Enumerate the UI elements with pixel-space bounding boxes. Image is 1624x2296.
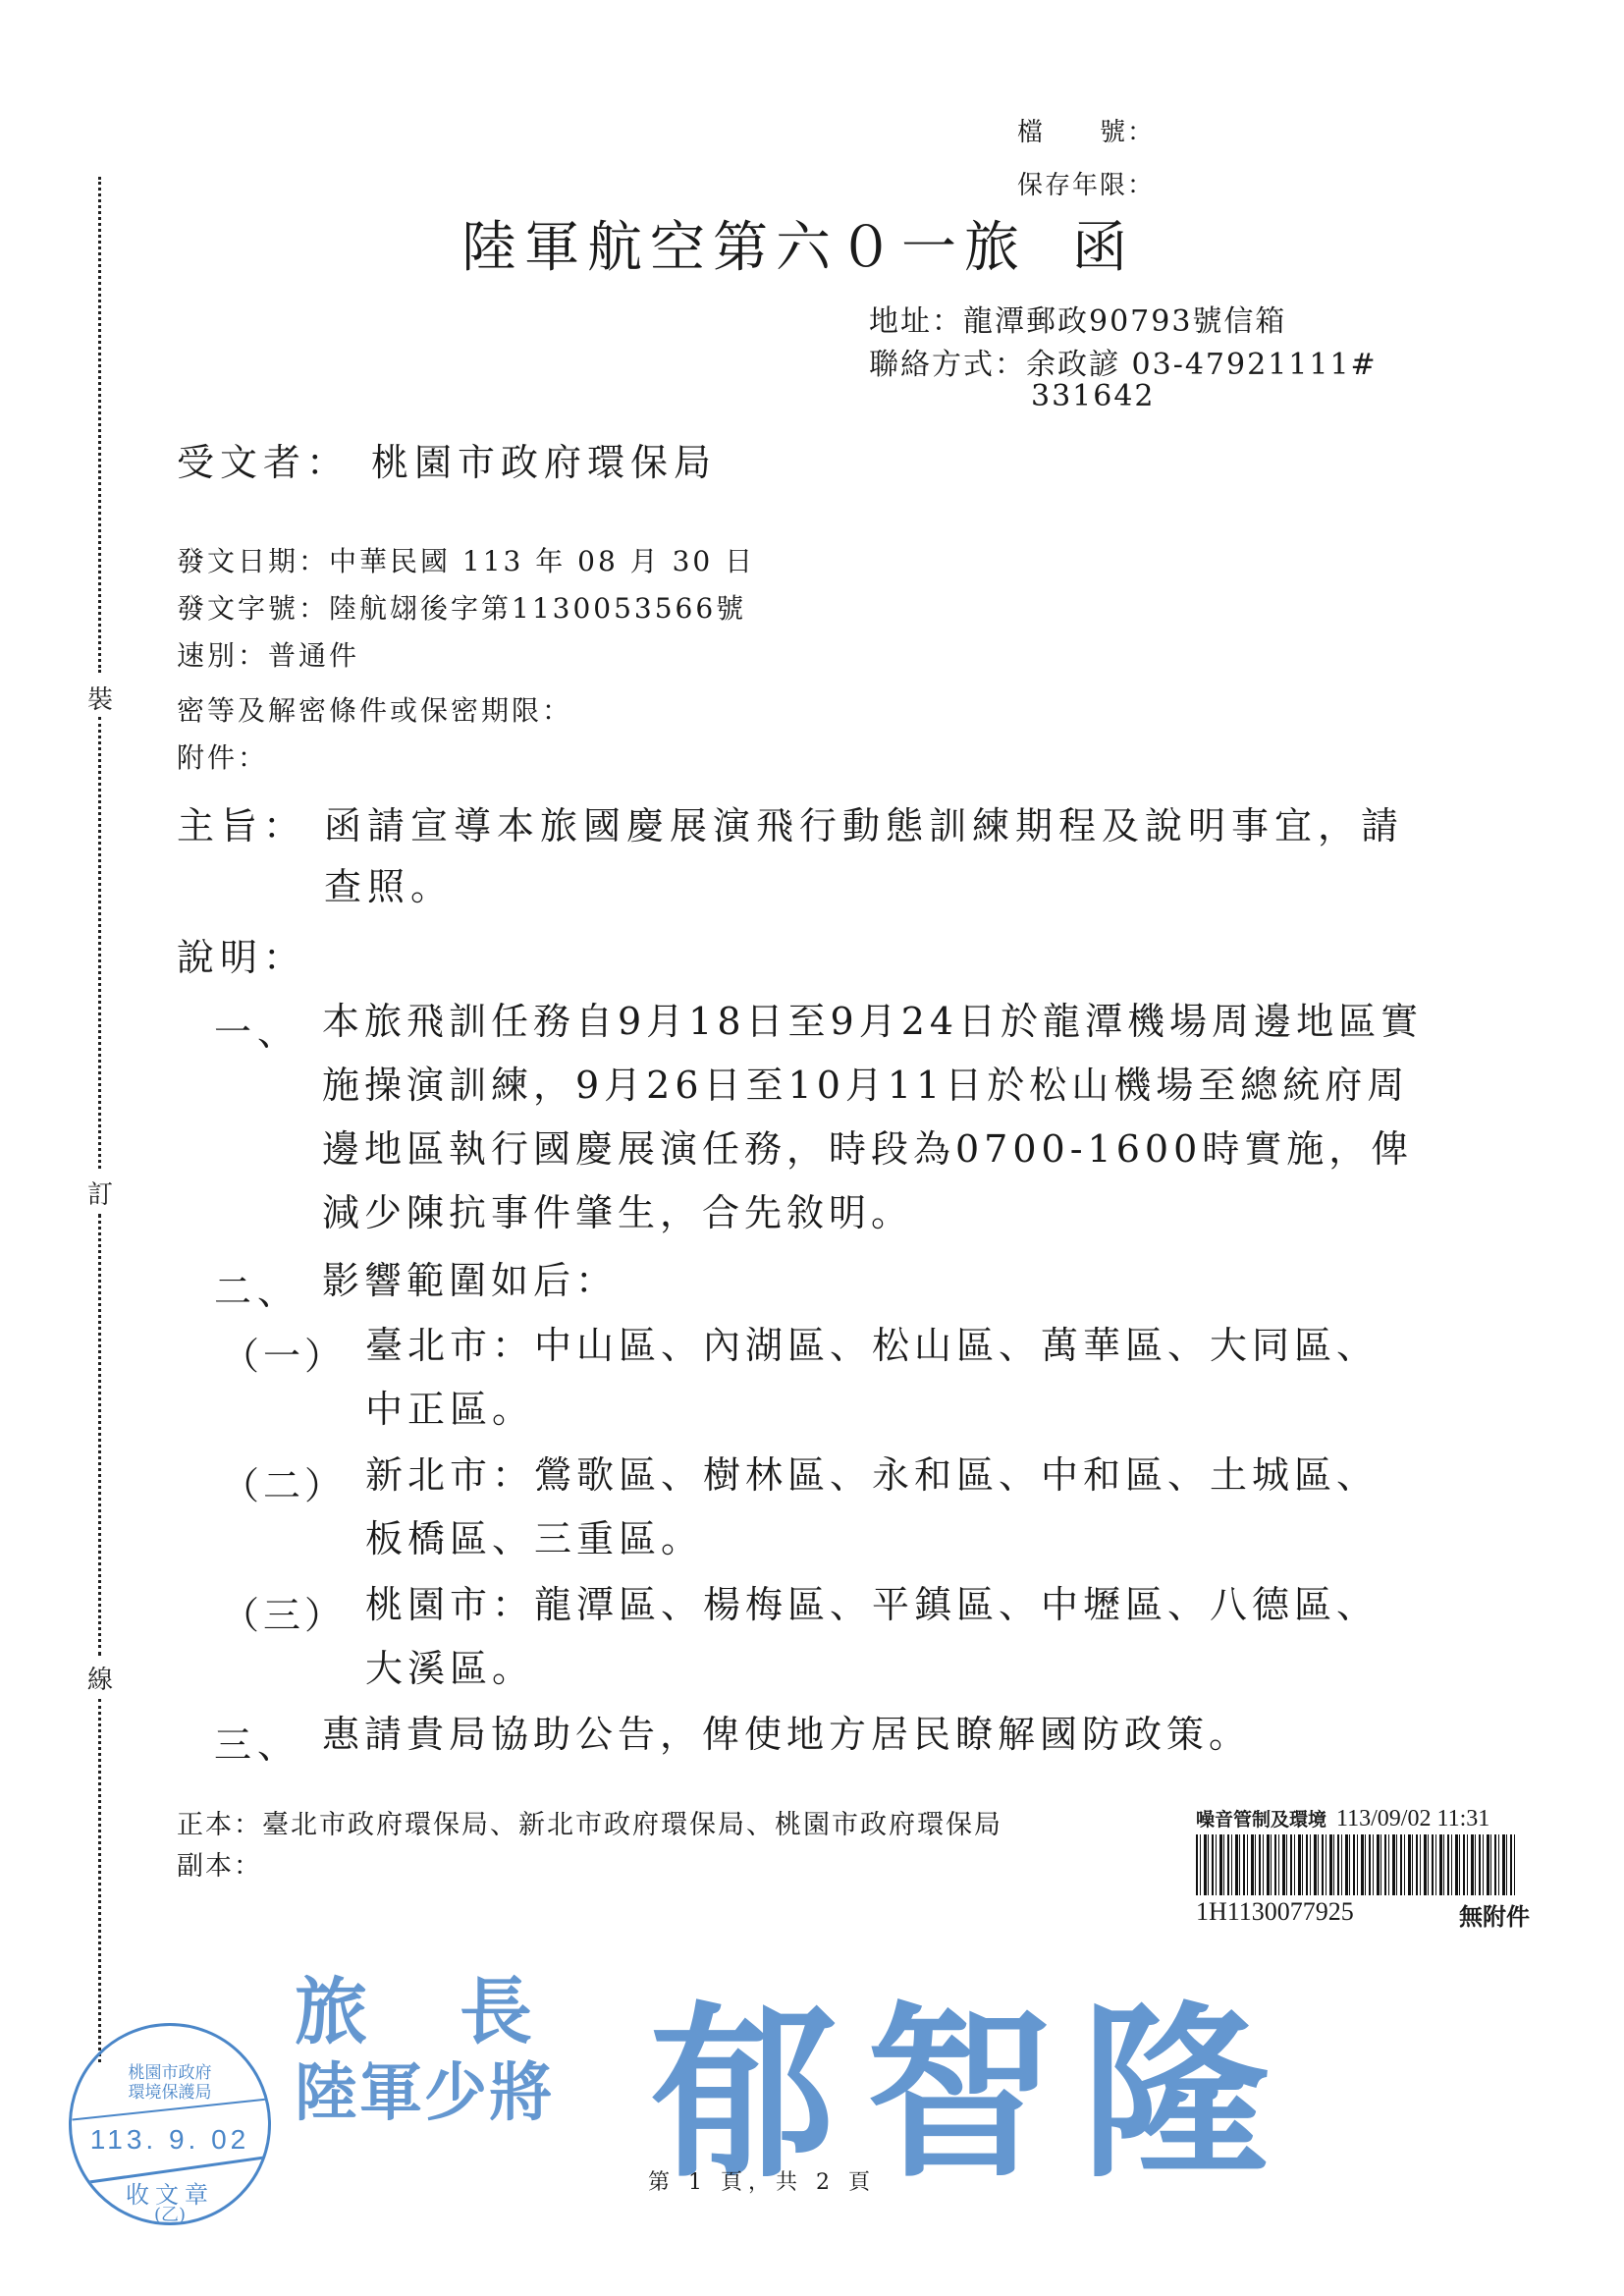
binding-mark-ding: 訂 xyxy=(84,1175,116,1211)
explanation-label: 說明： xyxy=(177,927,306,988)
subject-line: 查照。 xyxy=(324,856,1453,917)
issue-date: 發文日期：中華民國 113 年 08 月 30 日 xyxy=(177,540,755,579)
seal-date: 113. 9. 02 xyxy=(72,2124,268,2156)
receipt-barcode-label: 噪音管制及環境113/09/02 11:31 1H1130077925 無附件 xyxy=(1196,1805,1530,1932)
issuer-name: 陸軍航空第六０一旅 xyxy=(461,216,1027,280)
original-recipients: 正本：臺北市政府環保局、新北市政府環保局、桃園市政府環保局 xyxy=(177,1803,1002,1841)
barcode xyxy=(1196,1834,1518,1895)
receipt-timestamp: 113/09/02 11:31 xyxy=(1336,1806,1489,1831)
subject-label: 主旨： xyxy=(177,795,306,856)
item-number: 二、 xyxy=(214,1261,300,1315)
seal-org-line: 環境保護局 xyxy=(72,2083,268,2103)
item-line: 施操演訓練，9月26日至10月11日於松山機場至總統府周 xyxy=(322,1054,1471,1118)
document-title: 陸軍航空第六０一旅函 xyxy=(461,204,1135,283)
subitem-line: 新北市：鶯歌區、樹林區、永和區、中和區、土城區、 xyxy=(365,1444,1465,1507)
binding-mark-xian: 線 xyxy=(84,1660,116,1696)
subitem-line: 臺北市：中山區、內湖區、松山區、萬華區、大同區、 xyxy=(365,1314,1465,1378)
seal-sub: (乙) xyxy=(72,2201,268,2225)
explanation-item: 影響範圍如后： xyxy=(322,1249,1471,1313)
classification: 密等及解密條件或保密期限： xyxy=(177,689,572,729)
binding-dotted-line xyxy=(98,717,101,1169)
binding-dotted-line xyxy=(98,1699,101,2062)
receipt-seal: 桃園市政府 環境保護局 113. 9. 02 收文章 (乙) xyxy=(69,2023,271,2225)
affected-area-new-taipei: 新北市：鶯歌區、樹林區、永和區、中和區、土城區、 板橋區、三重區。 xyxy=(365,1444,1465,1571)
item-line: 本旅飛訓任務自9月18日至9月24日於龍潭機場周邊地區實 xyxy=(322,990,1471,1054)
retention-label: 保存年限： xyxy=(1017,165,1155,201)
subject-line: 函請宣導本旅國慶展演飛行動態訓練期程及說明事宜，請 xyxy=(324,795,1453,856)
explanation-item: 惠請貴局協助公告，俾使地方居民瞭解國防政策。 xyxy=(322,1703,1471,1767)
item-number: 一、 xyxy=(214,1002,300,1056)
copy-recipients: 副本： xyxy=(177,1844,262,1883)
receiving-department: 噪音管制及環境 xyxy=(1196,1810,1326,1831)
barcode-header: 噪音管制及環境113/09/02 11:31 xyxy=(1196,1805,1530,1832)
attachment: 附件： xyxy=(177,737,268,776)
tracking-number: 1H1130077925 xyxy=(1196,1897,1354,1932)
document-number: 發文字號：陸航翃後字第1130053566號 xyxy=(177,587,746,627)
subitem-line: 桃園市：龍潭區、楊梅區、平鎮區、中壢區、八德區、 xyxy=(365,1573,1465,1637)
item-line: 邊地區執行國慶展演任務，時段為0700-1600時實施，俾 xyxy=(322,1118,1471,1181)
recipient-label: 受文者： xyxy=(177,441,350,484)
recipient-value: 桃園市政府環保局 xyxy=(371,441,717,484)
barcode-footer: 1H1130077925 無附件 xyxy=(1196,1897,1530,1932)
subitem-number: （三） xyxy=(222,1585,346,1639)
contact-info: 聯絡方式：余政諺 03-47921111# xyxy=(869,340,1378,383)
address: 地址：龍潭郵政90793號信箱 xyxy=(869,297,1286,340)
explanation-item: 本旅飛訓任務自9月18日至9月24日於龍潭機場周邊地區實 施操演訓練，9月26日… xyxy=(322,990,1471,1245)
recipient: 受文者：桃園市政府環保局 xyxy=(177,432,717,486)
binding-dotted-line xyxy=(98,1214,101,1656)
page-indicator: 第 1 頁，共 2 頁 xyxy=(648,2165,876,2196)
subitem-line: 中正區。 xyxy=(365,1378,1465,1442)
file-number-label: 檔 號： xyxy=(1017,112,1155,148)
affected-area-taipei: 臺北市：中山區、內湖區、松山區、萬華區、大同區、 中正區。 xyxy=(365,1314,1465,1442)
document-type: 函 xyxy=(1072,216,1135,280)
subitem-number: （二） xyxy=(222,1455,346,1509)
subject-text: 函請宣導本旅國慶展演飛行動態訓練期程及說明事宜，請 查照。 xyxy=(324,795,1453,917)
subitem-number: （一） xyxy=(222,1326,346,1380)
item-line: 減少陳抗事件肇生，合先敘明。 xyxy=(322,1181,1471,1245)
contact-extension: 331642 xyxy=(1031,379,1156,413)
binding-mark-zhuang: 裝 xyxy=(84,680,116,716)
subitem-line: 板橋區、三重區。 xyxy=(365,1507,1465,1571)
affected-area-taoyuan: 桃園市：龍潭區、楊梅區、平鎮區、中壢區、八德區、 大溪區。 xyxy=(365,1573,1465,1701)
seal-org: 桃園市政府 環境保護局 xyxy=(72,2063,268,2103)
subitem-line: 大溪區。 xyxy=(365,1637,1465,1701)
attachment-note: 無附件 xyxy=(1459,1897,1530,1932)
seal-org-line: 桃園市政府 xyxy=(72,2063,268,2083)
signer-rank: 陸軍少將 xyxy=(295,2043,554,2133)
binding-dotted-line xyxy=(98,177,101,673)
delivery-speed: 速別：普通件 xyxy=(177,634,359,674)
item-number: 三、 xyxy=(214,1715,300,1769)
